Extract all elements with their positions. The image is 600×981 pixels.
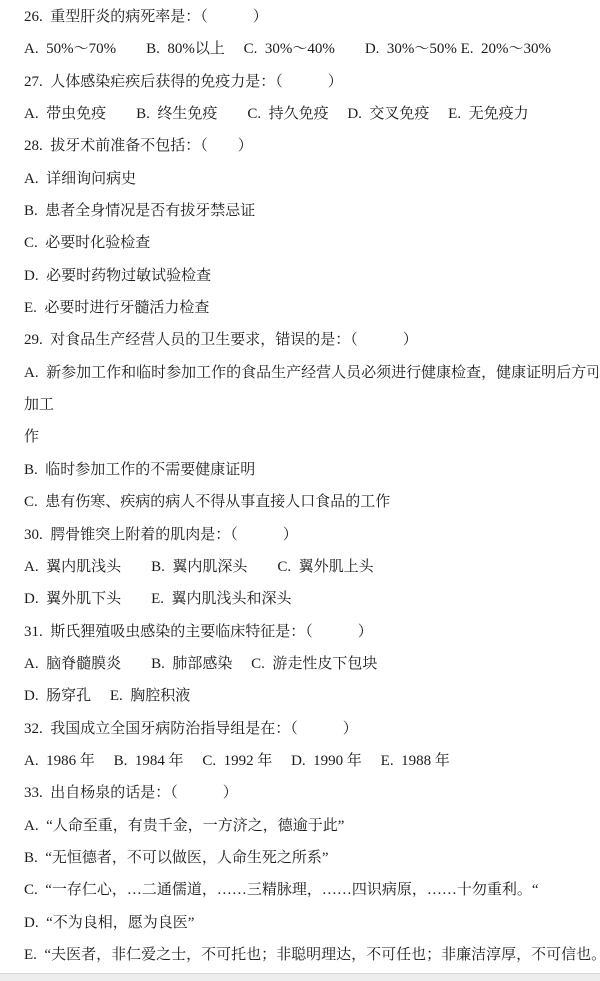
question-30-line-2: D. 翼外肌下头 E. 翼内肌浅头和深头 bbox=[24, 583, 598, 615]
question-28-line-5: E. 必要时进行牙髓活力检查 bbox=[24, 292, 598, 324]
question-29-stem: 29. 对食品生产经营人员的卫生要求，错误的是：（ ） bbox=[24, 324, 598, 356]
question-30-stem: 30. 腭骨锥突上附着的肌肉是：（ ） bbox=[24, 519, 598, 551]
question-31-line-2: D. 肠穿孔 E. 胸腔积液 bbox=[24, 680, 598, 712]
question-31-line-1: A. 脑脊髓膜炎 B. 肺部感染 C. 游走性皮下包块 bbox=[24, 648, 598, 680]
question-32-stem: 32. 我国成立全国牙病防治指导组是在：（ ） bbox=[24, 713, 598, 745]
question-30-line-1: A. 翼内肌浅头 B. 翼内肌深头 C. 翼外肌上头 bbox=[24, 551, 598, 583]
question-29-line-5: C. 患有伤寒、疾病的病人不得从事直接人口食品的工作 bbox=[24, 486, 598, 518]
question-33-line-5: E. “夫医者，非仁爱之士，不可托也；非聪明理达，不可任也；非廉洁淳厚，不可信也… bbox=[24, 939, 598, 971]
question-33-line-2: B. “无恒德者，不可以做医，人命生死之所系” bbox=[24, 842, 598, 874]
question-28-stem: 28. 拔牙术前准备不包括：（ ） bbox=[24, 130, 598, 162]
question-26-line-1: A. 50%～70% B. 80%以上 C. 30%～40% D. 30%～50… bbox=[24, 33, 598, 65]
page-bottom-strip bbox=[0, 973, 600, 981]
question-33-line-1: A. “人命至重，有贵千金，一方济之，德逾于此” bbox=[24, 810, 598, 842]
question-27-stem: 27. 人体感染疟疾后获得的免疫力是：（ ） bbox=[24, 66, 598, 98]
question-29-line-1: A. 新参加工作和临时参加工作的食品生产经营人员必须进行健康检查，健康证明后方可… bbox=[24, 357, 598, 389]
question-29-line-3: 作 bbox=[24, 421, 598, 453]
question-33-line-4: D. “不为良相，愿为良医” bbox=[24, 907, 598, 939]
question-33-stem: 33. 出自杨泉的话是：（ ） bbox=[24, 777, 598, 809]
question-28-line-2: B. 患者全身情况是否有拔牙禁忌证 bbox=[24, 195, 598, 227]
question-29-line-2: 加工 bbox=[24, 389, 598, 421]
question-28-line-4: D. 必要时药物过敏试验检查 bbox=[24, 260, 598, 292]
question-26-stem: 26. 重型肝炎的病死率是：（ ） bbox=[24, 1, 598, 33]
question-27-line-1: A. 带虫免疫 B. 终生免疫 C. 持久免疫 D. 交叉免疫 E. 无免疫力 bbox=[24, 98, 598, 130]
question-28-line-1: A. 详细询问病史 bbox=[24, 163, 598, 195]
question-29-line-4: B. 临时参加工作的不需要健康证明 bbox=[24, 454, 598, 486]
question-28-line-3: C. 必要时化验检查 bbox=[24, 227, 598, 259]
exam-page: 26. 重型肝炎的病死率是：（ ）A. 50%～70% B. 80%以上 C. … bbox=[0, 0, 600, 974]
question-31-stem: 31. 斯氏狸殖吸虫感染的主要临床特征是：（ ） bbox=[24, 616, 598, 648]
question-32-line-1: A. 1986 年 B. 1984 年 C. 1992 年 D. 1990 年 … bbox=[24, 745, 598, 777]
question-33-line-3: C. “一存仁心，…二通儒道，……三精脉理，……四识病原，……十勿重利。“ bbox=[24, 874, 598, 906]
